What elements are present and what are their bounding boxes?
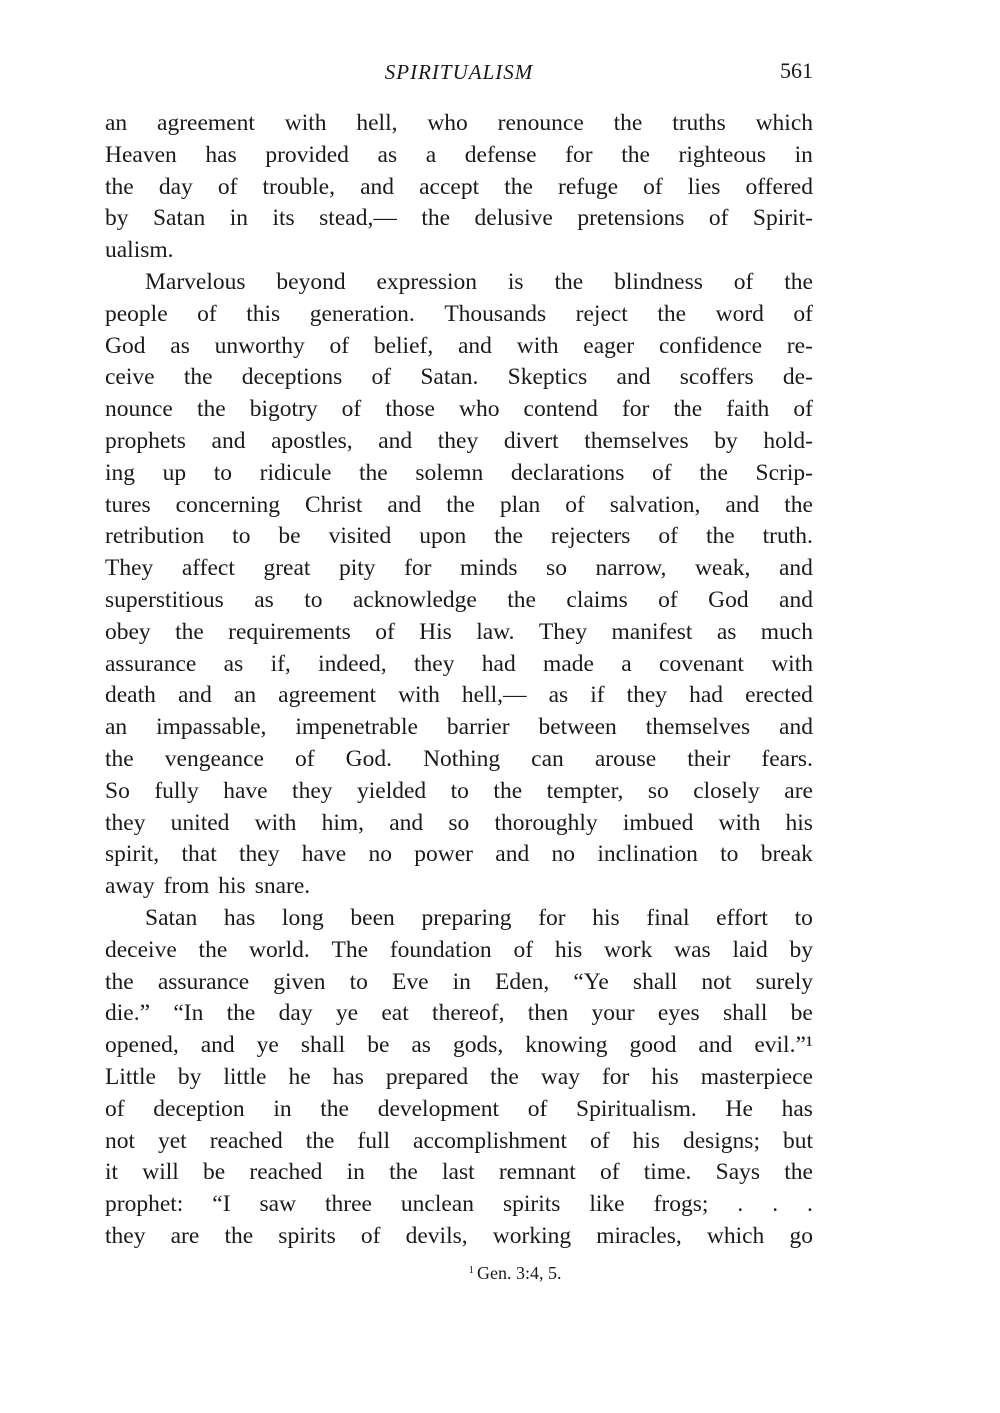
- text-line: spirit,thattheyhavenopowerandnoinclinati…: [105, 839, 813, 871]
- text-line: Satanhaslongbeenpreparingforhisfinaleffo…: [105, 903, 813, 935]
- footnote-text: Gen. 3:4, 5.: [477, 1263, 562, 1283]
- paragraph: anagreementwithhell,whorenouncethetruths…: [105, 108, 813, 267]
- text-line: notyetreachedthefullaccomplishmentofhisd…: [105, 1126, 813, 1158]
- text-line: retributiontobevisitedupontherejectersof…: [105, 521, 813, 553]
- footnote: 1Gen. 3:4, 5.: [0, 1263, 1000, 1284]
- text-line: Godasunworthyofbelief,andwitheagerconfid…: [105, 331, 813, 363]
- text-line: peopleofthisgeneration.Thousandsrejectth…: [105, 299, 813, 331]
- running-head: SPIRITUALISM 561: [105, 58, 813, 88]
- text-line: superstitiousastoacknowledgetheclaimsofG…: [105, 585, 813, 617]
- text-line: die.”“Inthedayyeeatthereof,thenyoureyess…: [105, 998, 813, 1030]
- text-line: animpassable,impenetrablebarrierbetweent…: [105, 712, 813, 744]
- text-line: Heavenhasprovidedasadefensefortherighteo…: [105, 140, 813, 172]
- text-line: nouncethebigotryofthosewhocontendforthef…: [105, 394, 813, 426]
- text-line: Littlebylittlehehaspreparedthewayforhism…: [105, 1062, 813, 1094]
- text-line: turesconcerningChristandtheplanofsalvati…: [105, 490, 813, 522]
- text-line: deceivetheworld.Thefoundationofhisworkwa…: [105, 935, 813, 967]
- text-line: theyarethespiritsofdevils,workingmiracle…: [105, 1221, 813, 1253]
- paragraph: Satanhaslongbeenpreparingforhisfinaleffo…: [105, 903, 813, 1253]
- running-title: SPIRITUALISM: [105, 60, 813, 85]
- text-line: deathandanagreementwithhell,—asiftheyhad…: [105, 680, 813, 712]
- text-line: theassurancegiventoEveinEden,“Yeshallnot…: [105, 967, 813, 999]
- text-line: Marvelousbeyondexpressionistheblindnesso…: [105, 267, 813, 299]
- text-line: awayfromhissnare.: [105, 871, 813, 903]
- text-line: ofdeceptioninthedevelopmentofSpiritualis…: [105, 1094, 813, 1126]
- footnote-marker: 1: [469, 1264, 475, 1276]
- paragraph: Marvelousbeyondexpressionistheblindnesso…: [105, 267, 813, 903]
- text-line: thedayoftrouble,andaccepttherefugeoflies…: [105, 172, 813, 204]
- text-line: anagreementwithhell,whorenouncethetruths…: [105, 108, 813, 140]
- text-line: prophetsandapostles,andtheydivertthemsel…: [105, 426, 813, 458]
- book-page: SPIRITUALISM 561 anagreementwithhell,who…: [0, 0, 1000, 1413]
- text-line: assuranceasif,indeed,theyhadmadeacovenan…: [105, 649, 813, 681]
- body-text: anagreementwithhell,whorenouncethetruths…: [105, 108, 813, 1253]
- text-line: opened,andyeshallbeasgods,knowinggoodand…: [105, 1030, 813, 1062]
- text-line: bySataninitsstead,—thedelusivepretension…: [105, 203, 813, 235]
- text-line: ualism.: [105, 235, 813, 267]
- text-line: prophet:“Isawthreeuncleanspiritslikefrog…: [105, 1189, 813, 1221]
- text-line: obeytherequirementsofHislaw.Theymanifest…: [105, 617, 813, 649]
- page-number: 561: [780, 58, 813, 84]
- text-line: thevengeanceofGod.Nothingcanarousetheirf…: [105, 744, 813, 776]
- text-line: theyunitedwithhim,andsothoroughlyimbuedw…: [105, 808, 813, 840]
- text-line: inguptoridiculethesolemndeclarationsofth…: [105, 458, 813, 490]
- text-line: itwillbereachedinthelastremnantoftime.Sa…: [105, 1157, 813, 1189]
- text-line: Theyaffectgreatpityformindssonarrow,weak…: [105, 553, 813, 585]
- text-line: ceivethedeceptionsofSatan.Skepticsandsco…: [105, 362, 813, 394]
- text-line: Sofullyhavetheyyieldedtothetempter,soclo…: [105, 776, 813, 808]
